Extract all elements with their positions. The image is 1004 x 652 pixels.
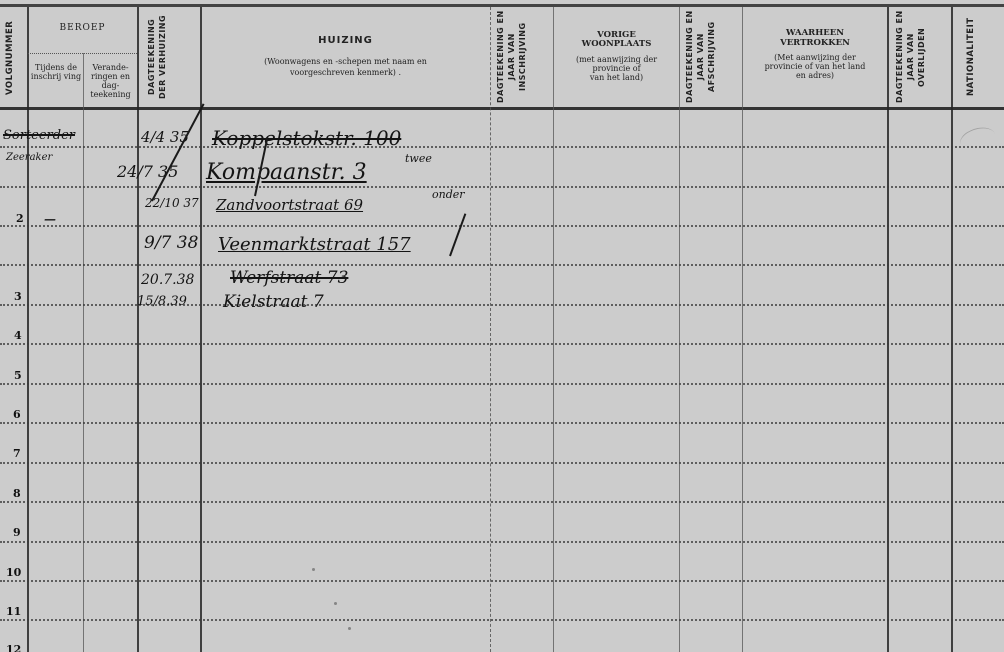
- row-number: 6: [13, 408, 21, 421]
- row-separator: [0, 146, 1004, 148]
- row-separator: [0, 462, 1004, 464]
- move-date: 20.7.38: [141, 272, 194, 288]
- header-beroep-tijdens: Tijdens de inschrij ving: [30, 63, 82, 81]
- row-number: 10: [6, 566, 21, 579]
- occupation-entry: Sorteerder: [3, 128, 75, 143]
- address-entry: Veenmarktstraat 157: [218, 234, 411, 255]
- paper-speck: [334, 602, 337, 605]
- register-page: VOLGNUMMER BEROEP Tijdens de inschrij vi…: [0, 0, 1004, 652]
- header-vorige-2: WOONPLAATS: [554, 40, 679, 49]
- col-divider: [27, 7, 29, 652]
- address-note: twee: [405, 152, 432, 165]
- row-number: 11: [6, 605, 21, 618]
- row-separator: [0, 619, 1004, 621]
- header-waarheen-sub-2: provincie of van het land: [743, 62, 887, 71]
- address-note: onder: [432, 188, 465, 201]
- col-divider: [137, 7, 139, 652]
- header-waarheen-1: WAARHEEN: [743, 29, 887, 38]
- paper-speck: [312, 568, 315, 571]
- header-bottom-border: [0, 107, 1004, 110]
- header-huizing-subtitle-1: (Woonwagens en -schepen met naam en: [201, 57, 490, 66]
- col-divider: [490, 7, 491, 652]
- row-separator: [0, 343, 1004, 345]
- header-vorige-sub-2: provincie of: [554, 64, 679, 73]
- header-dagteekening-afschrijving: DAGTEEKENING EN JAAR VAN AFSCHRIJVING: [684, 10, 738, 104]
- move-date: 15/8.39: [137, 294, 187, 309]
- row-separator: [0, 264, 1004, 266]
- address-entry: Werfstraat 73: [230, 268, 348, 288]
- col-divider: [887, 7, 889, 652]
- header-volgnummer: VOLGNUMMER: [6, 14, 22, 102]
- col-divider: [679, 7, 680, 652]
- header-waarheen-2: VERTROKKEN: [743, 39, 887, 48]
- row-number: 7: [13, 447, 21, 460]
- address-entry: Kielstraat 7: [223, 292, 324, 312]
- row-separator: [0, 383, 1004, 385]
- address-entry: Kompaanstr. 3: [206, 160, 367, 185]
- row-separator: [0, 541, 1004, 543]
- top-border: [0, 4, 1004, 7]
- beroep-subheader-line: [28, 53, 137, 54]
- occupation-entry: Zeeraker: [6, 152, 52, 163]
- header-vorige-sub-1: (met aanwijzing der: [554, 55, 679, 64]
- header-nationaliteit: NATIONALITEIT: [967, 12, 983, 102]
- col-divider: [83, 53, 84, 652]
- cancel-stroke: [449, 213, 466, 256]
- col-divider: [742, 7, 743, 652]
- pencil-mark: [957, 121, 999, 157]
- header-huizing-subtitle-2: voorgeschreven kenmerk) .: [201, 68, 490, 77]
- address-entry: Koppelstokstr. 100: [212, 126, 401, 150]
- header-dagteekening-inschrijving: DAGTEEKENING EN JAAR VAN INSCHRIJVING: [495, 10, 549, 104]
- row-number: 3: [14, 290, 22, 303]
- col-divider: [951, 7, 953, 652]
- row-number: 5: [14, 369, 22, 382]
- move-date: 9/7 38: [144, 233, 198, 253]
- row-number: 8: [13, 487, 21, 500]
- header-beroep: BEROEP: [28, 24, 137, 33]
- header-waarheen-sub-1: (Met aanwijzing der: [743, 53, 887, 62]
- header-dagteekening-verhuizing: DAGTEEKENING DER VERHUIZING: [146, 10, 192, 104]
- row-number: 12: [6, 643, 21, 652]
- col-divider: [553, 7, 554, 652]
- row-number: 9: [13, 526, 21, 539]
- header-beroep-veranderingen: Verande- ringen en dag- teekening: [85, 63, 136, 99]
- header-waarheen-sub-3: en adres): [743, 71, 887, 80]
- row-separator: [0, 501, 1004, 503]
- paper-speck: [348, 627, 351, 630]
- row-separator: [0, 422, 1004, 424]
- header-huizing: HUIZING: [201, 36, 490, 45]
- header-dagteekening-overlijden: DAGTEEKENING EN JAAR VAN OVERLIJDEN: [894, 10, 948, 104]
- row-separator: [0, 186, 1004, 188]
- header-vorige-sub-3: van het land): [554, 73, 679, 82]
- occupation-dash: —: [44, 212, 56, 226]
- row-number: 2: [16, 212, 24, 225]
- address-entry: Zandvoortstraat 69: [216, 196, 363, 214]
- row-separator: [0, 225, 1004, 227]
- row-number: 4: [14, 329, 22, 342]
- row-separator: [0, 580, 1004, 582]
